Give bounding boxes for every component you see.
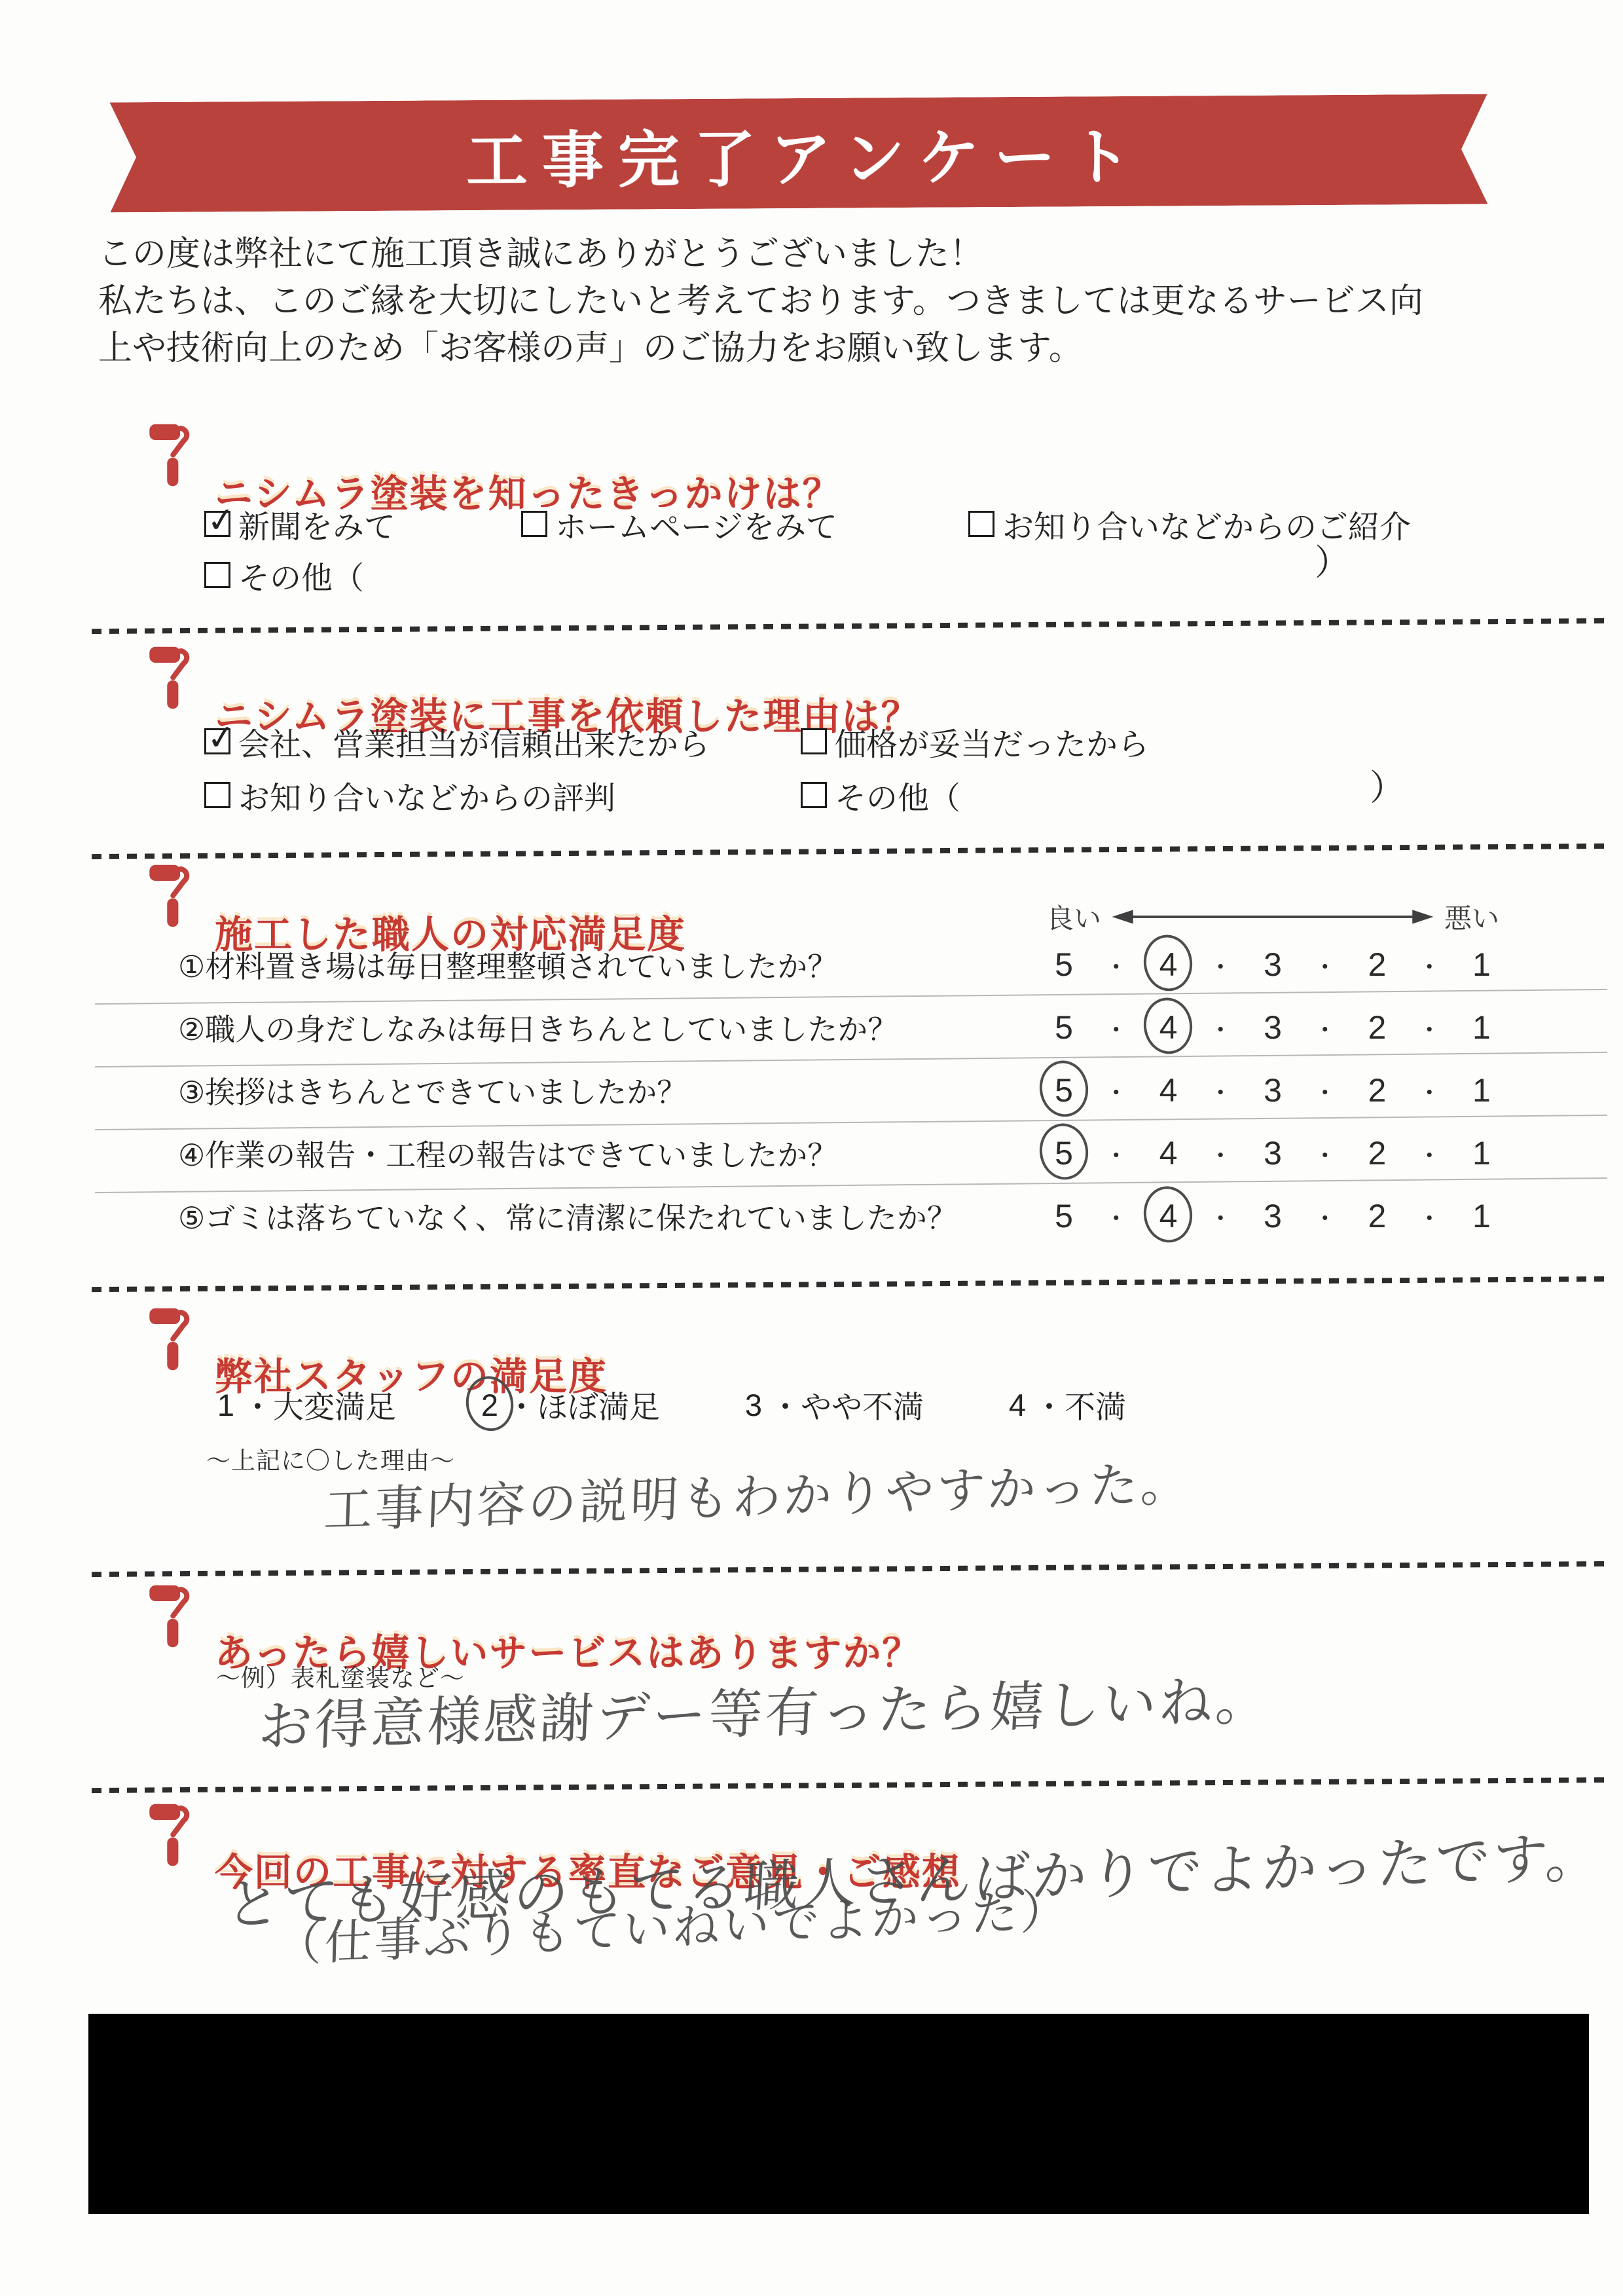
option-label: 価格が妥当だったから: [835, 719, 1149, 764]
dot-separator: ・: [242, 1383, 273, 1427]
rating-scale: 5 ・ 4 ・ 3 ・ 2 ・ 1: [1046, 1071, 1499, 1109]
q2-option-price[interactable]: 価格が妥当だったから: [801, 723, 1149, 760]
intro-line: 私たちは、このご縁を大切にしたいと考えております。つきましては更なるサービス向: [98, 278, 1591, 325]
option-label: その他（: [238, 553, 364, 598]
rating-value-1[interactable]: 1: [1464, 1134, 1499, 1172]
rating-value-2[interactable]: 2: [1359, 946, 1395, 984]
q1-option-other[interactable]: その他（: [204, 557, 364, 593]
page-title: 工事完了アンケート: [451, 107, 1146, 199]
satisfaction-option-4[interactable]: 4 ・ 不満: [1001, 1383, 1126, 1427]
dot-separator: ・: [1417, 947, 1442, 983]
answer-paren: ）: [1370, 760, 1405, 810]
staff-satisfaction-options: 1 ・ 大変満足 2 ・ ほぼ満足 3 ・ やや不満 4 ・ 不満: [210, 1379, 1126, 1431]
rating-value-4[interactable]: 4: [1150, 1197, 1186, 1235]
rating-value-4[interactable]: 4: [1150, 946, 1186, 984]
intro-line: この度は弊社にて施工頂き誠にありがとうございました！: [98, 231, 1591, 278]
q1-option-newspaper[interactable]: 新聞をみて: [204, 506, 395, 542]
checkbox[interactable]: [801, 728, 827, 754]
option-label: 会社、営業担当が信頼出来たから: [238, 719, 710, 764]
rating-question: ①材料置き場は毎日整理整頓されていましたか？: [92, 943, 1046, 986]
paint-roller-icon: [132, 1802, 206, 1873]
rating-value-1[interactable]: 1: [1464, 1197, 1499, 1235]
rating-row: ③挨拶はきちんとできていましたか？ 5 ・ 4 ・ 3 ・ 2 ・ 1: [92, 1059, 1611, 1122]
rating-scale: 5 ・ 4 ・ 3 ・ 2 ・ 1: [1046, 1134, 1499, 1172]
rating-row: ①材料置き場は毎日整理整頓されていましたか？ 5 ・ 4 ・ 3 ・ 2 ・ 1: [92, 933, 1611, 996]
rating-value-3[interactable]: 3: [1255, 946, 1290, 984]
dot-separator: ・: [1104, 1073, 1129, 1109]
dot-separator: ・: [1104, 1010, 1129, 1046]
dashed-divider: [92, 1276, 1611, 1292]
redaction-bar: [88, 2014, 1589, 2214]
checkbox[interactable]: [204, 728, 230, 754]
dot-separator: ・: [1208, 1073, 1233, 1109]
scale-good-label: 良い: [1046, 897, 1101, 936]
rating-value-5[interactable]: 5: [1046, 1134, 1082, 1172]
dot-separator: ・: [1208, 947, 1233, 983]
dot-separator: ・: [1313, 1136, 1338, 1172]
rating-value-4[interactable]: 4: [1150, 1009, 1186, 1046]
rating-scale: 5 ・ 4 ・ 3 ・ 2 ・ 1: [1046, 946, 1499, 984]
checkbox[interactable]: [204, 562, 230, 588]
double-arrow-icon: [1110, 906, 1435, 927]
option-label: 大変満足: [273, 1383, 396, 1427]
dot-separator: ・: [1313, 947, 1338, 983]
dot-separator: ・: [1104, 947, 1129, 983]
checkbox[interactable]: [204, 511, 230, 537]
satisfaction-option-3[interactable]: 3 ・ やや不満: [737, 1383, 924, 1427]
rating-value-2[interactable]: 2: [1359, 1134, 1395, 1172]
paint-roller-icon: [132, 422, 206, 493]
q1-option-homepage[interactable]: ホームページをみて: [521, 506, 837, 542]
satisfaction-option-2[interactable]: 2 ・ ほぼ満足: [473, 1383, 660, 1427]
rating-value-5[interactable]: 5: [1046, 946, 1082, 984]
rating-value-2[interactable]: 2: [1359, 1009, 1395, 1046]
rating-value-3[interactable]: 3: [1255, 1071, 1290, 1109]
rating-value-5[interactable]: 5: [1046, 1009, 1082, 1046]
satisfaction-value-2[interactable]: 2: [473, 1387, 506, 1423]
rating-row: ④作業の報告・工程の報告はできていましたか？ 5 ・ 4 ・ 3 ・ 2 ・ 1: [92, 1122, 1611, 1185]
dot-separator: ・: [1104, 1198, 1129, 1234]
rating-value-3[interactable]: 3: [1255, 1134, 1290, 1172]
satisfaction-value-3[interactable]: 3: [737, 1387, 770, 1423]
paint-roller-icon: [132, 1583, 206, 1654]
rating-question: ⑤ゴミは落ちていなく、常に清潔に保たれていましたか？: [92, 1194, 1046, 1238]
q2-option-reputation[interactable]: お知り合いなどからの評判: [204, 777, 615, 813]
rating-question: ②職人の身だしなみは毎日きちんとしていましたか？: [92, 1006, 1046, 1049]
option-label: その他（: [835, 773, 960, 818]
dot-separator: ・: [1034, 1383, 1065, 1427]
scale-bad-label: 悪い: [1444, 897, 1499, 936]
dot-separator: ・: [1417, 1198, 1442, 1234]
rating-value-4[interactable]: 4: [1150, 1134, 1186, 1172]
rating-row: ⑤ゴミは落ちていなく、常に清潔に保たれていましたか？ 5 ・ 4 ・ 3 ・ 2…: [92, 1185, 1611, 1248]
option-label: お知り合いなどからの評判: [238, 773, 615, 818]
dot-separator: ・: [1417, 1073, 1442, 1109]
rating-scale-header: 良い 悪い: [1046, 898, 1499, 935]
dot-separator: ・: [1313, 1010, 1338, 1046]
option-label: 新聞をみて: [238, 502, 395, 547]
q2-option-trust[interactable]: 会社、営業担当が信頼出来たから: [204, 723, 710, 760]
option-label: ホームページをみて: [555, 502, 837, 547]
dot-separator: ・: [1208, 1198, 1233, 1234]
checkbox[interactable]: [521, 511, 547, 537]
rating-value-4[interactable]: 4: [1150, 1071, 1186, 1109]
checkbox[interactable]: [801, 782, 827, 808]
checkbox[interactable]: [204, 782, 230, 808]
q2-option-other[interactable]: その他（: [801, 777, 960, 813]
option-label: やや不満: [801, 1383, 924, 1427]
satisfaction-value-1[interactable]: 1: [210, 1387, 242, 1423]
dashed-divider: [92, 843, 1611, 859]
dot-separator: ・: [1417, 1136, 1442, 1172]
rating-question: ④作業の報告・工程の報告はできていましたか？: [92, 1132, 1046, 1175]
answer-paren: ）: [1315, 534, 1350, 585]
intro-text: この度は弊社にて施工頂き誠にありがとうございました！ 私たちは、このご縁を大切に…: [98, 231, 1591, 372]
dot-separator: ・: [770, 1383, 801, 1427]
dot-separator: ・: [1313, 1073, 1338, 1109]
dashed-divider: [92, 618, 1611, 634]
dot-separator: ・: [1417, 1010, 1442, 1046]
title-banner: 工事完了アンケート: [110, 94, 1488, 213]
survey-page: 工事完了アンケート この度は弊社にて施工頂き誠にありがとうございました！ 私たち…: [0, 0, 1623, 2296]
rating-value-5[interactable]: 5: [1046, 1197, 1082, 1235]
rating-value-3[interactable]: 3: [1255, 1197, 1290, 1235]
rating-value-1[interactable]: 1: [1464, 946, 1499, 984]
rating-table: ①材料置き場は毎日整理整頓されていましたか？ 5 ・ 4 ・ 3 ・ 2 ・ 1…: [92, 933, 1611, 1248]
rating-scale: 5 ・ 4 ・ 3 ・ 2 ・ 1: [1046, 1197, 1499, 1235]
dashed-divider: [92, 1561, 1611, 1577]
rating-value-1[interactable]: 1: [1464, 1071, 1499, 1109]
rating-value-5[interactable]: 5: [1046, 1071, 1082, 1109]
checkbox[interactable]: [968, 511, 994, 537]
satisfaction-value-4[interactable]: 4: [1001, 1387, 1034, 1423]
satisfaction-option-1[interactable]: 1 ・ 大変満足: [210, 1383, 396, 1427]
option-label: 不満: [1065, 1383, 1126, 1427]
option-label: ほぼ満足: [537, 1383, 660, 1427]
rating-value-2[interactable]: 2: [1359, 1197, 1395, 1235]
dot-separator: ・: [1208, 1136, 1233, 1172]
rating-row: ②職人の身だしなみは毎日きちんとしていましたか？ 5 ・ 4 ・ 3 ・ 2 ・…: [92, 996, 1611, 1059]
rating-value-1[interactable]: 1: [1464, 1009, 1499, 1046]
rating-value-3[interactable]: 3: [1255, 1009, 1290, 1046]
paint-roller-icon: [132, 645, 206, 716]
paint-roller-icon: [132, 863, 206, 934]
dot-separator: ・: [1313, 1198, 1338, 1234]
intro-line: 上や技術向上のため「お客様の声」のご協力をお願い致します。: [98, 325, 1591, 372]
dashed-divider: [92, 1777, 1611, 1793]
rating-scale: 5 ・ 4 ・ 3 ・ 2 ・ 1: [1046, 1009, 1499, 1046]
paint-roller-icon: [132, 1306, 206, 1377]
dot-separator: ・: [1104, 1136, 1129, 1172]
rating-question: ③挨拶はきちんとできていましたか？: [92, 1069, 1046, 1112]
rating-value-2[interactable]: 2: [1359, 1071, 1395, 1109]
dot-separator: ・: [1208, 1010, 1233, 1046]
